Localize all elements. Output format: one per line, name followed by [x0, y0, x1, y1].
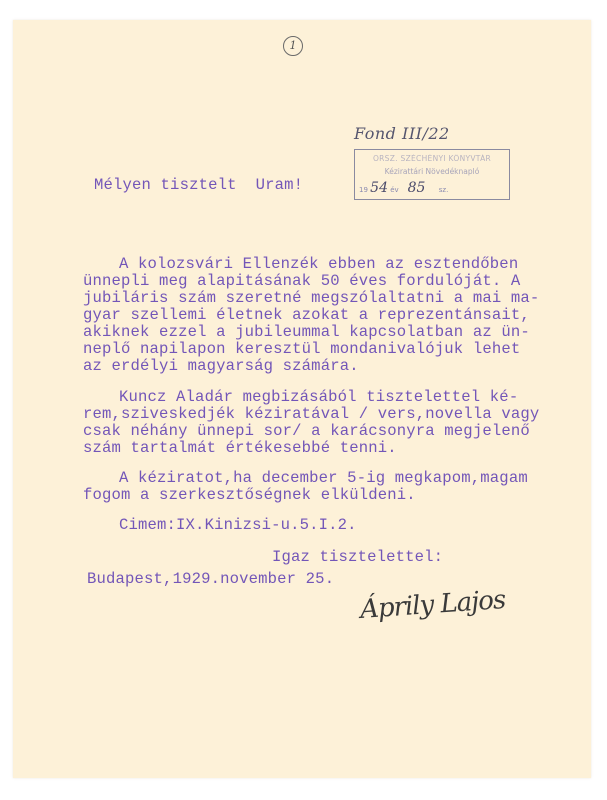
stamp-year-handwritten: 54 — [370, 180, 388, 196]
stamp-library-name: ORSZ. SZÉCHÉNYI KÖNYVTÁR — [355, 154, 509, 163]
stamp-year-prefix: 19 — [359, 186, 368, 194]
paragraph-3-line-1: A kéziratot,ha december 5-ig megkapom,ma… — [119, 470, 528, 488]
paragraph-1-line-4: gyar szellemi életnek azokat a reprezent… — [83, 307, 530, 325]
stamp-number-handwritten: 85 — [408, 180, 426, 196]
place-date: Budapest,1929.november 25. — [87, 571, 334, 589]
stamp-register-name: Kézirattári Növedéknapló — [355, 167, 509, 176]
paragraph-2-line-3: csak néhány ünnepi sor/ a karácsonyra me… — [83, 423, 530, 441]
stamp-number-line: 19 54 év 85 sz. — [355, 180, 509, 196]
paragraph-2-line-4: szám tartalmát értékesebbé tenni. — [83, 440, 397, 458]
paragraph-2-line-1: Kuncz Aladár megbizásából tisztelettel k… — [119, 389, 518, 407]
paragraph-3-line-2: fogom a szerkesztőségnek elküldeni. — [83, 487, 416, 505]
stamp-suffix: sz. — [439, 186, 449, 194]
paragraph-1-line-2: ünnepli meg alapitásának 50 éves forduló… — [83, 273, 520, 291]
closing: Igaz tisztelettel: — [272, 549, 443, 567]
salutation: Mélyen tisztelt Uram! — [94, 177, 303, 195]
library-stamp: ORSZ. SZÉCHÉNYI KÖNYVTÁR Kézirattári Növ… — [354, 149, 510, 200]
paragraph-1-line-1: A kolozsvári Ellenzék ebben az esztendőb… — [119, 256, 518, 274]
archive-mark: Fond III/22 — [354, 124, 450, 143]
paragraph-1-line-7: az erdélyi magyarság számára. — [83, 358, 359, 376]
paragraph-1-line-6: neplő napilapon keresztül mondanivalójuk… — [83, 341, 520, 359]
stamp-mid-text: év — [390, 186, 398, 194]
sender-address: Cimem:IX.Kinizsi-u.5.I.2. — [119, 517, 357, 535]
paragraph-1-line-5: akiknek ezzel a jubileummal kapcsolatban… — [83, 324, 530, 342]
paragraph-2-line-2: rem,sziveskedjék kéziratával / vers,nove… — [83, 406, 539, 424]
folio-number: 1 — [283, 36, 303, 56]
paragraph-1-line-3: jubiláris szám szeretné megszólaltatni a… — [83, 290, 539, 308]
